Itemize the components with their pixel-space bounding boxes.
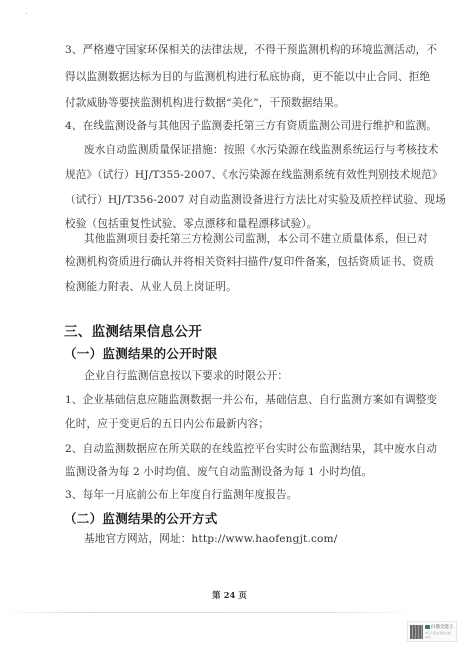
other-monitoring-line-3: 检测能力附表、从业人员上岗证明。 <box>65 280 400 294</box>
camscanner-watermark: 扫描全能王 3亿人都在用的扫描App <box>407 621 457 642</box>
other-monitoring-line-1: 其他监测项目委托第三方检测公司监测，本公司不建立质量体系，但已对 <box>84 232 419 246</box>
watermark-title: 扫描全能王 <box>431 624 454 630</box>
paragraph-3-line-3: 付款威胁等要挟监测机构进行数据“美化”，干预数据结果。 <box>65 96 400 110</box>
subsection-1-item-1-line-2: 化时，应于变更后的五日内公布最新内容； <box>65 417 400 431</box>
qr-code-icon <box>410 625 423 639</box>
scan-speck <box>26 13 27 14</box>
other-monitoring-line-2: 检测机构资质进行确认并将相关资料扫描件/复印件备案，包括资质证书、资质 <box>65 255 400 269</box>
qa-measures-line-1: 废水自动监测质量保证措施：按照《水污染源在线监测系统运行与考核技术 <box>84 143 419 157</box>
watermark-subtitle: 3亿人都在用的扫描App <box>425 631 454 639</box>
paragraph-3-line-2: 得以监测数据达标为目的与监测机构进行私底协商，更不能以中止合同、拒绝 <box>65 70 400 84</box>
camscanner-logo-icon <box>425 625 430 629</box>
qa-measures-line-4: 校验（包括重复性试验、零点漂移和量程漂移试验）。 <box>65 217 400 231</box>
subsection-1-intro: 企业自行监测信息按以下要求的时限公开： <box>84 369 419 383</box>
qa-measures-line-3: （试行）HJ/T356-2007 对自动监测设备进行方法比对实验及质控样试验、现… <box>65 193 400 207</box>
qa-measures-line-2: 规范》（试行）HJ/T355-2007、《水污染源在线监测系统有效性判别技术规范… <box>65 168 400 182</box>
subsection-1-item-1-line-1: 1、企业基础信息应随监测数据一并公布，基础信息、自行监测方案如有调整变 <box>65 393 400 407</box>
paragraph-4-line-1: 4、在线监测设备与其他因子监测委托第三方有资质监测公司进行维护和监测。 <box>65 119 400 133</box>
page-number: 第 24 页 <box>0 589 459 601</box>
document-page: 3、严格遵守国家环保相关的法律法规，不得干预监测机构的环境监测活动，不 得以监测… <box>0 0 459 650</box>
subsection-1-item-3: 3、每年一月底前公布上年度自行监测年度报告。 <box>65 488 400 502</box>
paragraph-3-line-1: 3、严格遵守国家环保相关的法律法规，不得干预监测机构的环境监测活动，不 <box>65 43 400 57</box>
scan-edge-line <box>0 612 420 613</box>
subsection-1-heading: （一）监测结果的公开时限 <box>64 344 218 362</box>
subsection-1-item-2-line-1: 2、自动监测数据应在所关联的在线监控平台实时公布监测结果，其中废水自动 <box>65 442 400 456</box>
subsection-1-item-2-line-2: 监测设备为每 2 小时均值、废气自动监测设备为每 1 小时均值。 <box>65 465 400 479</box>
website-line: 基地官方网站，网址：http://www.haofengjt.com/ <box>84 532 419 546</box>
subsection-2-heading: （二）监测结果的公开方式 <box>64 509 218 527</box>
section-heading: 三、监测结果信息公开 <box>64 320 202 340</box>
